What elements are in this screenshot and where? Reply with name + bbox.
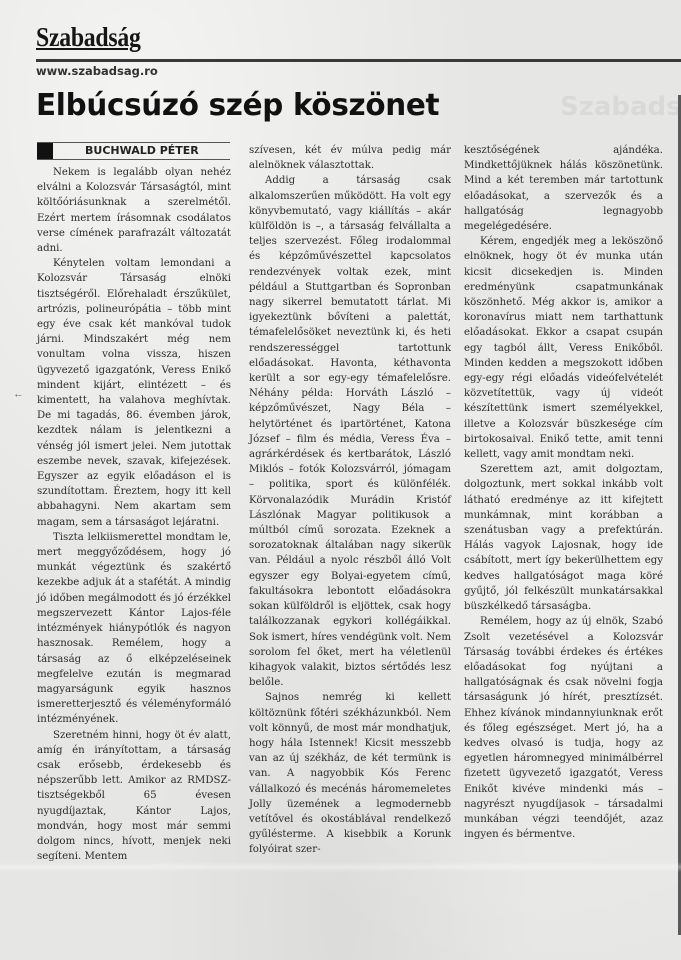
masthead-rule <box>36 59 681 62</box>
newspaper-url: www.szabadsag.ro <box>36 64 158 78</box>
paragraph: Nekem is legalább olyan nehéz elválni a … <box>37 165 231 256</box>
author-name: BUCHWALD PÉTER <box>85 143 199 158</box>
article-column-3: kesztőségének ajándéka. Mindkettőjüknek … <box>464 143 663 842</box>
paragraph: Kénytelen voltam lemondani a Kolozsvár T… <box>37 256 231 530</box>
article-headline: Elbúcsúzó szép köszönet <box>36 88 439 123</box>
byline-marker-block <box>37 143 53 159</box>
paragraph: Kérem, engedjék meg a leköszönő elnöknek… <box>464 234 663 462</box>
paragraph: Tiszta lelkiismerettel mondtam le, mert … <box>37 530 231 728</box>
paragraph: Szerettem azt, amit dolgoztam, dolgoztun… <box>464 462 663 614</box>
paragraph: Sajnos nemrég ki kellett költöznünk főté… <box>249 690 451 857</box>
byline: BUCHWALD PÉTER <box>37 142 230 160</box>
article-column-2: szívesen, két év múlva pedig már alelnök… <box>249 143 451 858</box>
margin-mark: ⇠ <box>15 391 22 400</box>
paragraph: Addig a társaság csak alkalomszerűen műk… <box>249 173 451 690</box>
bleed-through-text: Szabadság <box>560 92 681 122</box>
paragraph: szívesen, két év múlva pedig már alelnök… <box>249 143 451 173</box>
paragraph: Szeretném hinni, hogy öt év alatt, amíg … <box>37 728 231 865</box>
masthead: Szabadság www.szabadsag.ro <box>36 22 681 52</box>
newspaper-name: Szabadság <box>36 22 141 52</box>
paragraph: Remélem, hogy az új elnök, Szabó Zsolt v… <box>464 614 663 842</box>
article-column-1: Nekem is legalább olyan nehéz elválni a … <box>37 165 231 864</box>
paragraph: kesztőségének ajándéka. Mindkettőjüknek … <box>464 143 663 234</box>
paper-crease <box>0 862 681 872</box>
